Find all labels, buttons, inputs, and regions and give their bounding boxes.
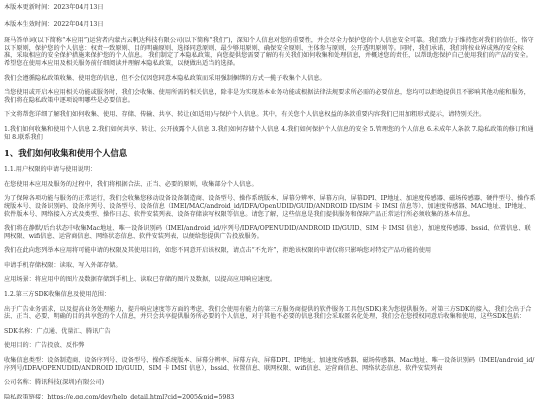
updated-date: 本版本更新时间：2023年04月13日 — [4, 4, 536, 12]
functions-paragraph: 当您使用或开启本应用相关功能或服务时，我们会收集、使用所需的相关信息，除非是为实… — [4, 89, 536, 104]
consent-paragraph: 我们会遵循隐私政策收集、使用您的信息，但不会仅因您同意本隐私政策而采用强制捆绑的… — [4, 75, 536, 83]
background-collection-paragraph: 我们将在静默/后台状态中收集Mac地址、唯一设备识别码（IMEI/android… — [4, 225, 536, 240]
permissions-paragraph: 我们在此向您列举本应用将可能申请的权限及其使用目的，如您不同意开启该权限，请点击… — [4, 247, 536, 255]
sdk-policy-link[interactable]: 隐私政策链接：https://e.qq.com/dev/help_detail.… — [4, 394, 536, 399]
intro-paragraph: 斑马答单词(以下简称“本应用”)运营者内蒙古云帆达科技有限公司(以下简称“我们”… — [4, 37, 536, 67]
subsection-1-1-title: 1.1.用户权限的申请与使用说明： — [4, 166, 536, 174]
effective-date: 本版本生效时间：2022年04月13日 — [4, 21, 536, 29]
sdk-info-types: 收集信息类型：设备制造商、设备序列号、设备型号、操作系统版本、屏幕分辨率、屏幕方… — [4, 357, 536, 372]
storage-permission-paragraph: 申请手机存储权限：读取、写入外部存储。 — [4, 262, 536, 270]
device-info-paragraph: 为了保障各项功能与服务的正常运行，我们会收集您移动设备设备制造商、设备型号、操作… — [4, 195, 536, 218]
principle-paragraph: 在您使用本应用及服务的过程中，我们将根据合法、正当、必要的原则，收集部分个人信息… — [4, 181, 536, 189]
sdk-names: SDK名称：广点通、优量汇、腾讯广告 — [4, 328, 536, 336]
table-of-contents: 1.我们如何收集和使用个人信息 2.我们如何共享、转让、公开披露个人信息 3.我… — [4, 126, 536, 141]
scenario-paragraph: 应用场景：将应用中的图片及数据存储到手机上、读取已存储的图片及数据，以提高应用响… — [4, 276, 536, 284]
subsection-1-2-title: 1.2.第三方SDK收集信息及使用范围： — [4, 291, 536, 299]
overview-paragraph: 下文将帮您详细了解我们如何收集、使用、存储、传输、共享、转让(如适用)与保护个人… — [4, 111, 536, 119]
section-1-heading: 1、我们如何收集和使用个人信息 — [4, 148, 536, 159]
sdk-company: 公司名称：腾讯科技(深圳)有限公司) — [4, 379, 536, 387]
sdk-purpose: 使用目的：广告投放、反作弊 — [4, 342, 536, 350]
privacy-policy-document: 本版本更新时间：2023年04月13日 本版本生效时间：2022年04月13日 … — [0, 0, 540, 399]
sdk-intro-paragraph: 出于广告业务需求，以及提高业务处理能力，提升响应速度等方面的考虑，我们会使用有能… — [4, 306, 536, 321]
